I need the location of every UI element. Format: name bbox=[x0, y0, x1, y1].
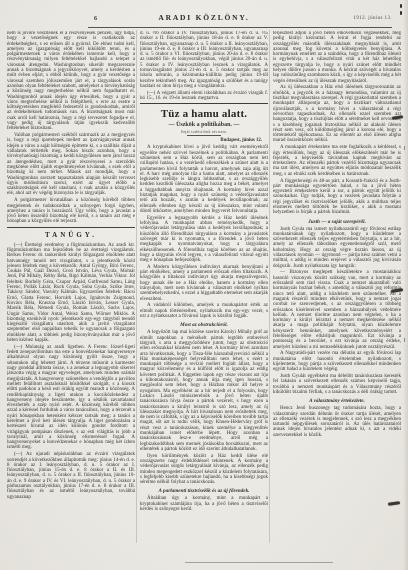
newspaper-page-scan: 6 ARADI KÖZLÖNY. 1912. június 13. nem is… bbox=[0, 0, 408, 570]
quote-paragraph: — Bizonyos meglepett készületekre a most… bbox=[273, 270, 401, 349]
paragraph: A Nagyatádi-párt vezére ma délután az eg… bbox=[273, 351, 401, 372]
paragraph: terjesztést adjon a jövő héten elkövetke… bbox=[273, 31, 401, 84]
paragraph: A polgármester hivatalában a közönség kö… bbox=[7, 198, 135, 224]
right-column: terjesztést adjon a jövő héten elkövetke… bbox=[273, 31, 401, 543]
paragraph: nem is jövőre veszítenek el a részvényes… bbox=[7, 31, 135, 132]
masthead: ARADI KÖZLÖNY. bbox=[0, 13, 408, 22]
paragraph: d. u. ½6 órakor a IV. fiúosztályban, jún… bbox=[140, 31, 268, 89]
article-credit: Saját tudósítónk távirata. bbox=[140, 130, 268, 134]
paragraph: Egyelőre a legnagyobb kérdés a Ház keddi… bbox=[140, 216, 268, 264]
paragraph: Justh Gyulát egyébként ma délelőtt tanác… bbox=[273, 374, 401, 395]
crosshead: A parlamenti tisztviselők és az új főren… bbox=[140, 488, 268, 494]
scan-artifact-mark bbox=[400, 11, 402, 15]
issue-date: 1912. június 13. bbox=[353, 16, 392, 21]
article-deck: — Üszkök a politikában. — bbox=[140, 122, 268, 128]
scan-artifact-speck bbox=[404, 146, 405, 150]
scan-artifact-line bbox=[185, 562, 333, 563]
article-dateline: Budapest, június 12. bbox=[140, 138, 268, 143]
crosshead: Justh — a saját szerepéről. bbox=[273, 219, 401, 225]
paragraph: Ilyen körülmények között a Ház keddi ülé… bbox=[140, 454, 268, 486]
column-divider bbox=[269, 30, 270, 543]
crosshead: Most az obstrukcióról. bbox=[140, 322, 268, 328]
section-heading-tanugy: TANÜGY. bbox=[7, 231, 135, 239]
credit-rule bbox=[187, 135, 221, 136]
paragraph: A munkapárt értekezlete ma este foglalko… bbox=[273, 145, 401, 177]
paragraph: Általában úgy a kormány, mint a munkapár… bbox=[140, 496, 268, 512]
news-item-paragraph: (—) Érettségi eredmény a főgimnáziumban.… bbox=[7, 243, 135, 344]
paragraph: Az új ülésszakban a Ház első ülésének tá… bbox=[273, 85, 401, 143]
header-rule bbox=[88, 27, 392, 28]
news-item-paragraph: (—) Mulatság az aradi ligetben. A Ferenc… bbox=[7, 345, 135, 451]
article-top-rule bbox=[140, 103, 268, 104]
left-column: nem is jövőre veszítenek el a részvényes… bbox=[7, 31, 135, 543]
column-divider bbox=[136, 30, 137, 543]
paragraph: Hencz Jenő huszonegy tag tudomására hozt… bbox=[273, 406, 401, 438]
paragraph: A kryptokabinet hívei a jövő keddig várt… bbox=[140, 145, 268, 214]
paragraph: Justh Gyula ma ismert nyilatkozatáról eg… bbox=[273, 227, 401, 269]
middle-column: d. u. ½6 órakor a IV. fiúosztályban, jún… bbox=[140, 31, 268, 543]
paragraph: A függetlenségi és 48-as párt, a Kossuth… bbox=[273, 179, 401, 216]
scan-artifact-speck bbox=[404, 338, 405, 342]
paragraph: A vádakról különben, amelyek a munkapárt… bbox=[140, 303, 268, 319]
paragraph: A legyőzött lap mai közlése szerint Káro… bbox=[140, 330, 268, 452]
scan-artifact-mark bbox=[400, 4, 402, 8]
crosshead: A választmány értekezlete. bbox=[273, 398, 401, 404]
paragraph: A Modern közgyűlésen indítványt akarnak … bbox=[140, 265, 268, 302]
page-header: 6 ARADI KÖZLÖNY. 1912. június 13. bbox=[0, 13, 408, 27]
section-rule bbox=[7, 227, 135, 228]
news-item-paragraph: (—) A végzett állami elemi iskolákban az… bbox=[140, 91, 268, 102]
news-item-paragraph: (—) Az ujaradi népiskolákban az évzáró v… bbox=[7, 452, 135, 500]
article-headline: Tüz a hamu alatt. bbox=[140, 108, 268, 120]
paragraph: Valóban polgármesteri székből származik … bbox=[7, 133, 135, 197]
